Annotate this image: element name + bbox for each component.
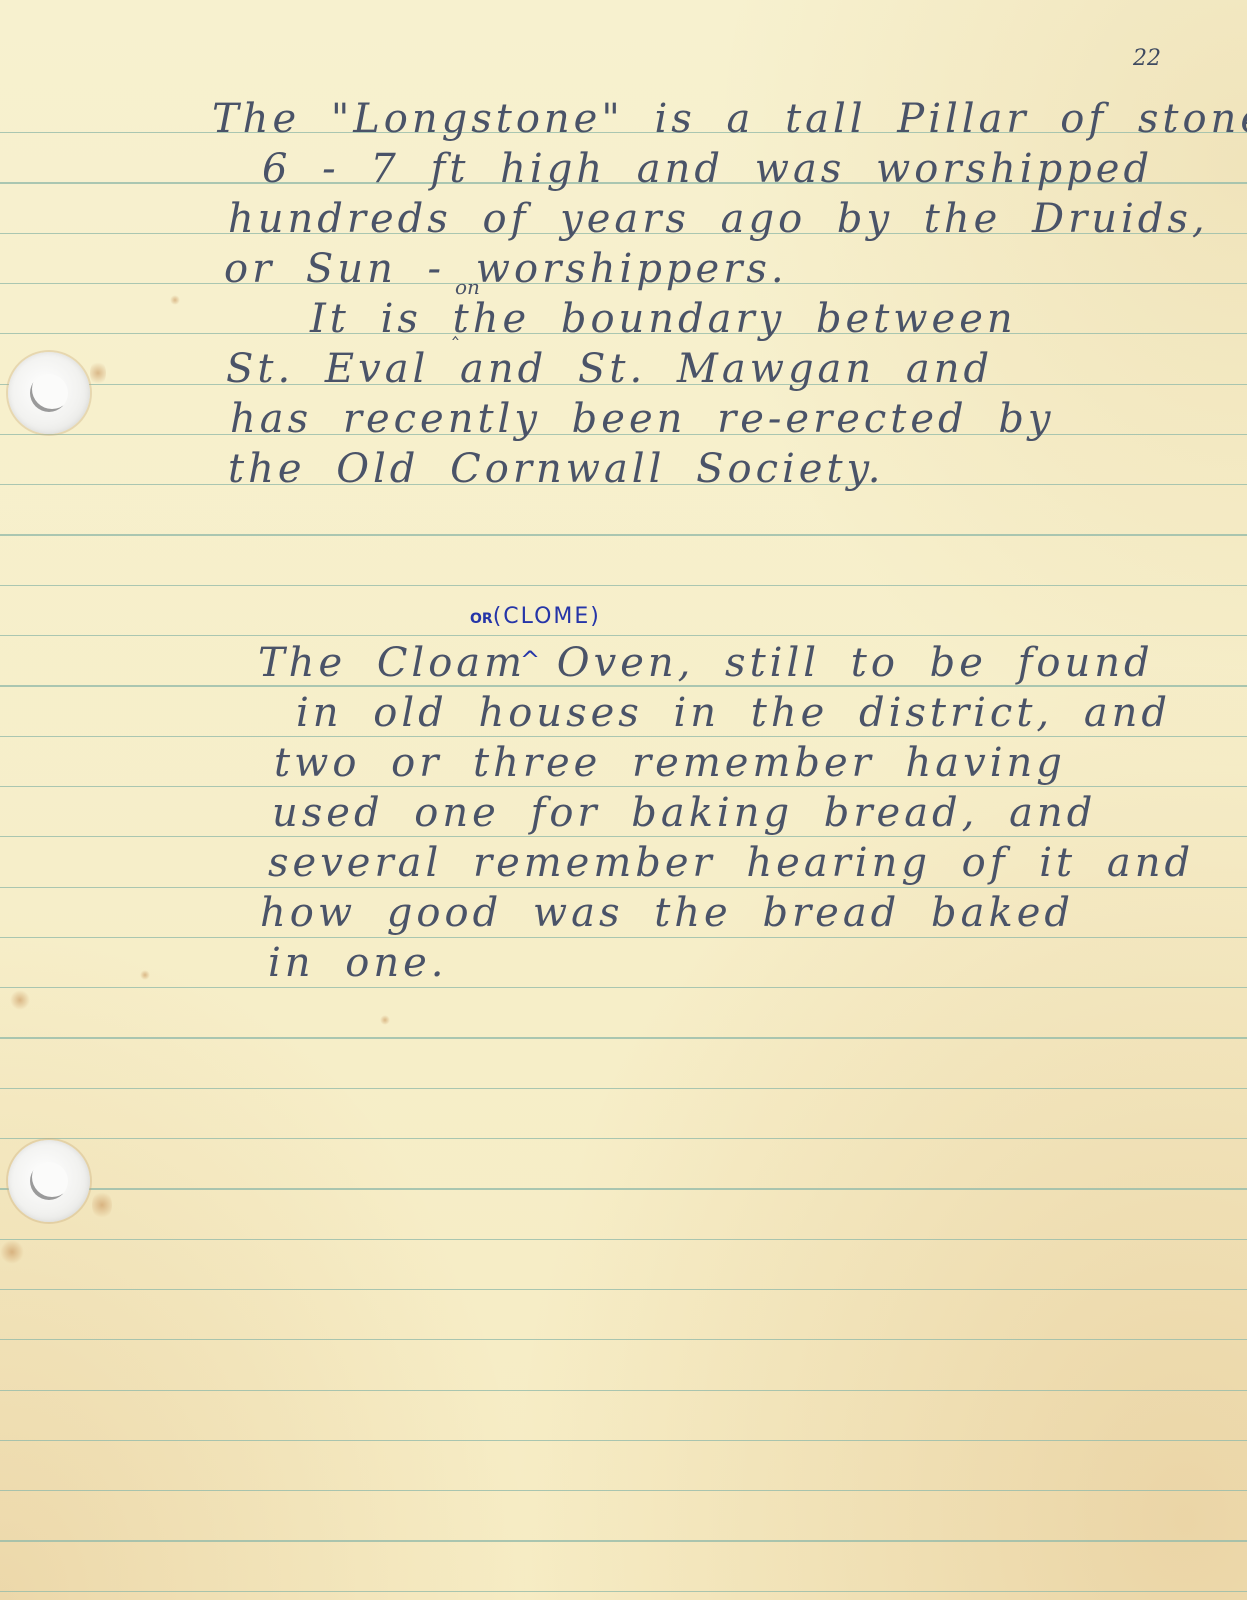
annotation-prefix: OR [470, 611, 493, 627]
handwritten-line: in old houses in the district, and [296, 690, 1171, 736]
handwritten-line: used one for baking bread, and [272, 790, 1096, 836]
ruled-line [0, 1037, 1247, 1038]
handwritten-line: or Sun - worshippers. [224, 246, 788, 292]
paper-stain [92, 1190, 112, 1220]
ruled-line [0, 1138, 1247, 1139]
ruled-line [0, 987, 1247, 988]
handwritten-line: two or three remember having [274, 740, 1066, 786]
binder-hole-reinforcement [8, 352, 90, 434]
handwritten-line: It is the boundary between [310, 296, 1017, 342]
notebook-page: 22 The "Longstone" is a tall Pillar of s… [0, 0, 1247, 1600]
ruled-line [0, 1440, 1247, 1441]
ruled-line [0, 1390, 1247, 1391]
blue-ink-annotation: OR(CLOME) [470, 604, 601, 629]
paper-stain [380, 1015, 390, 1025]
ruled-line [0, 1239, 1247, 1240]
ruled-line [0, 635, 1247, 636]
handwritten-line: 6 - 7 ft high and was worshipped [262, 146, 1153, 192]
handwritten-line: has recently been re-erected by [230, 396, 1055, 442]
ruled-line [0, 1591, 1247, 1592]
handwritten-line: several remember hearing of it and [268, 840, 1194, 886]
ruled-line [0, 887, 1247, 888]
ruled-line [0, 937, 1247, 938]
paper-stain [140, 970, 150, 980]
handwritten-line: hundreds of years ago by the Druids, [228, 196, 1209, 242]
handwritten-line: the Old Cornwall Society. [228, 446, 885, 492]
annotation-text: (CLOME) [493, 604, 601, 629]
handwritten-line: how good was the bread baked [260, 890, 1074, 936]
handwritten-line: St. Eval and St. Mawgan and [226, 346, 993, 392]
paper-stain [0, 1240, 24, 1264]
ruled-line [0, 1490, 1247, 1491]
handwritten-line: The "Longstone" is a tall Pillar of ston… [212, 96, 1247, 142]
ruled-line [0, 1289, 1247, 1290]
ruled-line [0, 1339, 1247, 1340]
ruled-line [0, 786, 1247, 787]
paper-stain [90, 360, 106, 386]
ruled-line [0, 534, 1247, 535]
page-number: 22 [1133, 46, 1161, 71]
ruled-line [0, 836, 1247, 837]
paper-stain [10, 990, 30, 1010]
paper-stain [170, 295, 180, 305]
ruled-line [0, 585, 1247, 586]
ruled-line [0, 1540, 1247, 1541]
ruled-line [0, 1188, 1247, 1189]
handwritten-line: The Cloam Oven, still to be found [258, 640, 1154, 686]
handwritten-line: in one. [268, 940, 448, 986]
binder-hole-reinforcement [8, 1140, 90, 1222]
ruled-line [0, 1088, 1247, 1089]
